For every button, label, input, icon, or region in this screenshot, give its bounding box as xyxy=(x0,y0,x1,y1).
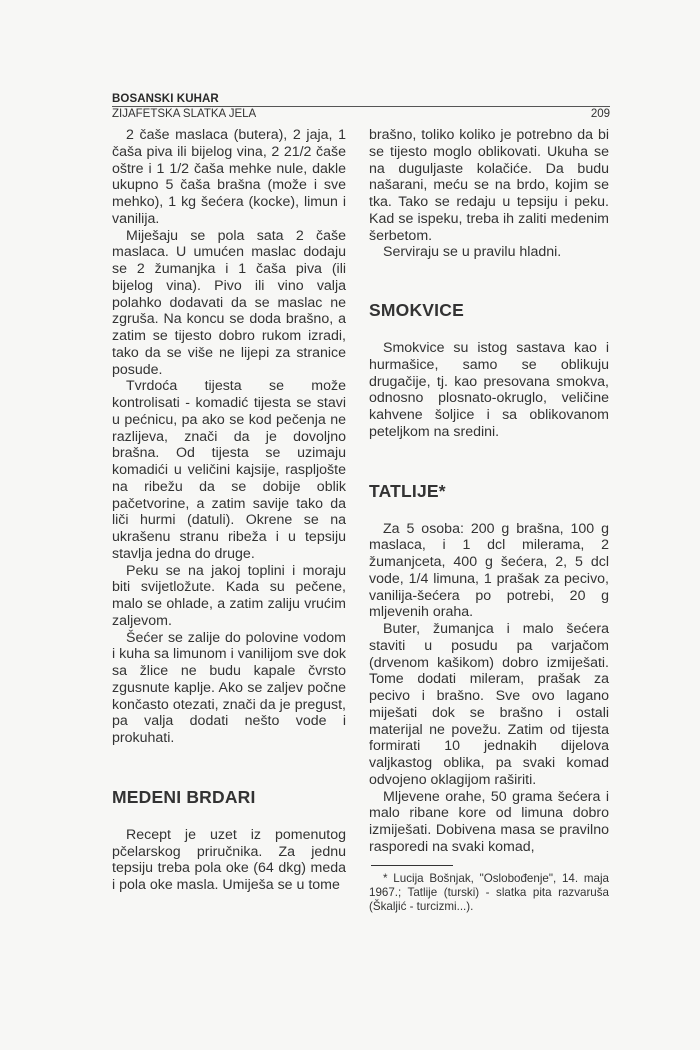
paragraph: Za 5 osoba: 200 g brašna, 100 g maslaca,… xyxy=(369,521,609,622)
book-page: BOSANSKI KUHAR ZIJAFETSKA SLATKA JELA 20… xyxy=(0,0,700,1050)
paragraph: Recept je uzet iz pomenutog pčelarskog p… xyxy=(112,827,346,894)
header-rule xyxy=(112,106,610,107)
paragraph: Peku se na jakoj toplini i moraju biti s… xyxy=(112,563,346,630)
right-column: brašno, toliko koliko je potrebno da bi … xyxy=(369,127,609,914)
paragraph: Miješaju se pola sata 2 čaše maslaca. U … xyxy=(112,228,346,379)
book-title: BOSANSKI KUHAR xyxy=(112,93,610,105)
section-heading-tatlije: TATLIJE* xyxy=(369,481,609,501)
paragraph: Šećer se zalije do polovine vodom i kuha… xyxy=(112,630,346,747)
chapter-title: ZIJAFETSKA SLATKA JELA xyxy=(112,108,256,121)
paragraph: Serviraju se u pravilu hladni. xyxy=(369,244,609,261)
section-heading-medeni-brdari: MEDENI BRDARI xyxy=(112,787,346,807)
paragraph: Buter, žumanjca i malo šećera staviti u … xyxy=(369,621,609,789)
paragraph: Smokvice su istog sastava kao i hurmašic… xyxy=(369,340,609,441)
paragraph: Tvrdoća tijesta se može kontrolisati - k… xyxy=(112,378,346,562)
footnote: * Lucija Bošnjak, "Oslobođenje", 14. maj… xyxy=(369,872,609,915)
page-number: 209 xyxy=(591,108,610,121)
section-heading-smokvice: SMOKVICE xyxy=(369,300,609,320)
paragraph: Mljevene orahe, 50 grama šećera i malo r… xyxy=(369,789,609,856)
paragraph: brašno, toliko koliko je potrebno da bi … xyxy=(369,127,609,244)
left-column: 2 čaše maslaca (butera), 2 jaja, 1 čaša … xyxy=(112,127,346,894)
running-header: BOSANSKI KUHAR ZIJAFETSKA SLATKA JELA 20… xyxy=(112,93,610,105)
paragraph: 2 čaše maslaca (butera), 2 jaja, 1 čaša … xyxy=(112,127,346,228)
footnote-rule xyxy=(371,865,453,866)
